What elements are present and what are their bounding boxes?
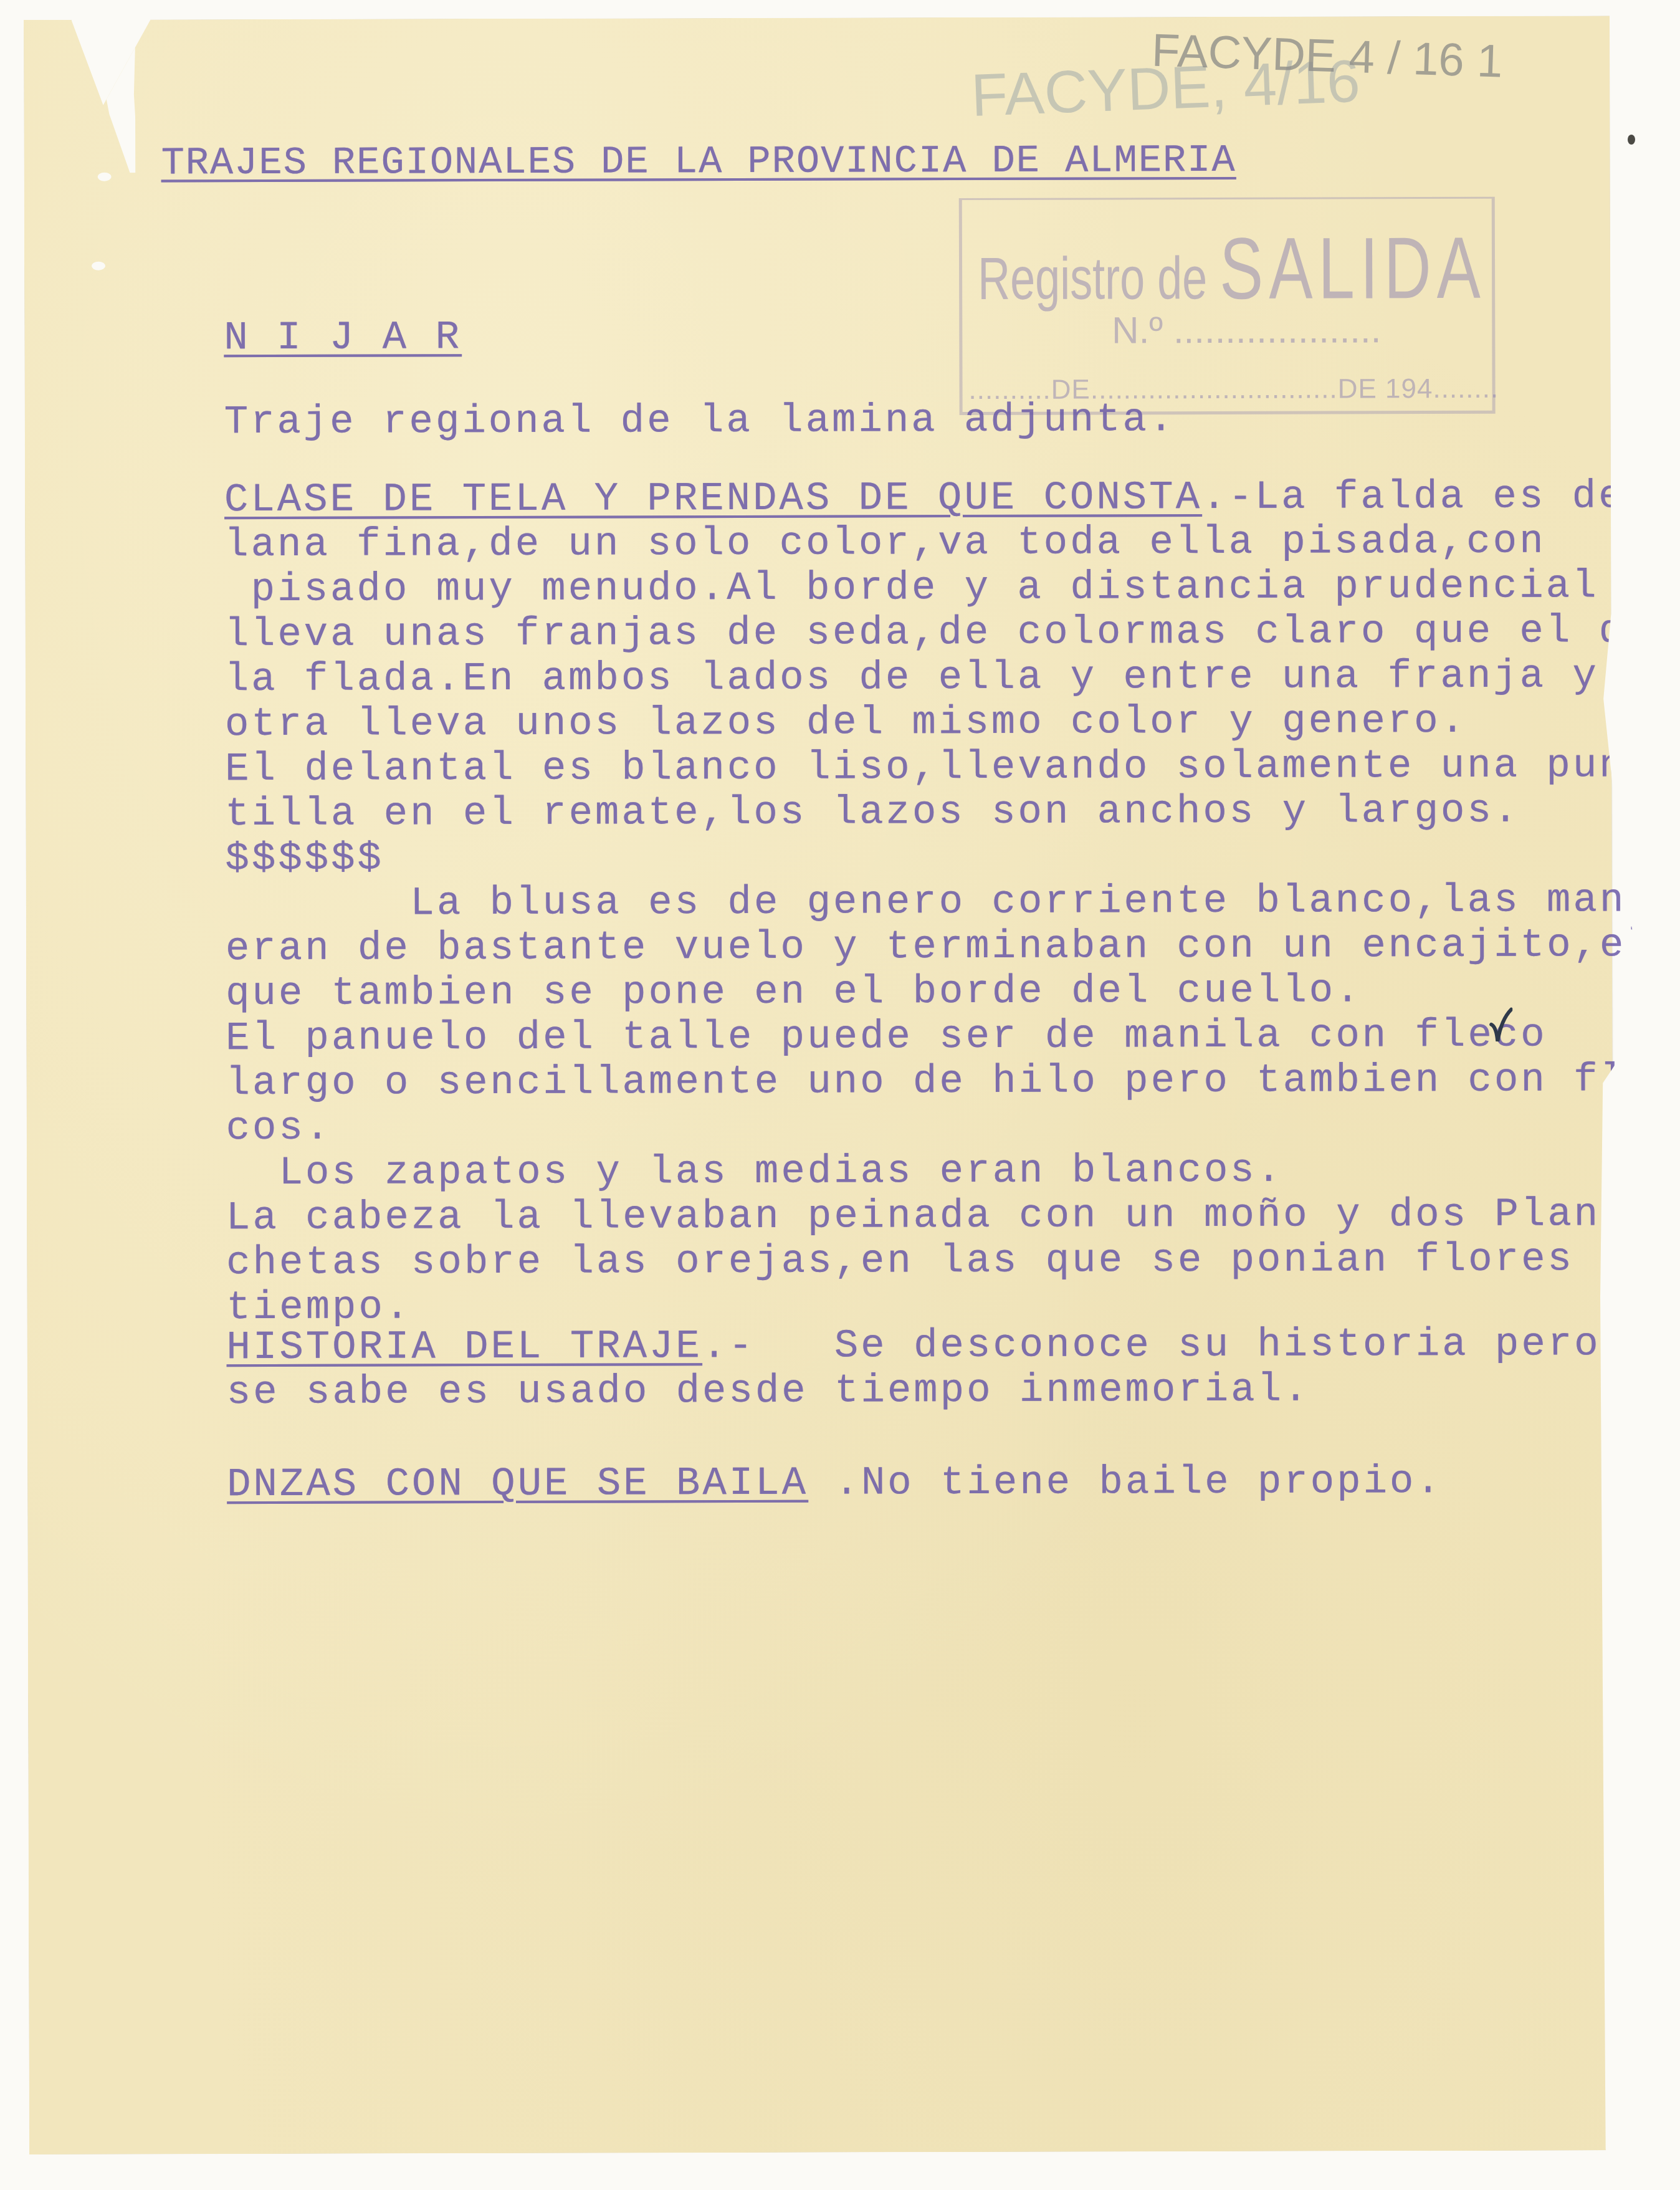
clase-line: Los zapatos y las medias eran blancos.	[226, 1150, 1680, 1193]
scan-speck	[1628, 135, 1635, 145]
stamp-label: Registro de	[978, 245, 1207, 312]
clase-line: La blusa es de genero corriente blanco,l…	[226, 881, 1679, 924]
clase-line: .-La falda es de	[1202, 474, 1625, 520]
clase-line: la flada.En ambos lados de ella y entre …	[225, 656, 1679, 700]
clase-line: pisado muy menudo.Al borde y a distancia…	[224, 567, 1678, 610]
clase-line: El delantal es blanco liso,llevando sola…	[225, 746, 1679, 790]
danzas-text: .No tiene baile propio.	[808, 1460, 1443, 1506]
intro-text: Traje regional de la lamina adjunta.	[224, 400, 1176, 442]
locality-heading: N I J A R	[224, 318, 462, 358]
historia-heading: HISTORIA DEL TRAJE	[226, 1324, 702, 1370]
document-title: TRAJES REGIONALES DE LA PROVINCIA DE ALM…	[161, 141, 1236, 183]
stamp-number: N.º ....................	[1112, 308, 1381, 351]
clase-line: largo o sencillamente uno de hilo pero t…	[226, 1060, 1679, 1104]
clase-line: lana fina,de un solo color,va toda ella …	[224, 522, 1678, 565]
clase-line: que tambien se pone en el borde del cuel…	[226, 970, 1679, 1014]
punch-hole	[92, 262, 105, 270]
clase-line: La cabeza la llevaban peinada con un moñ…	[226, 1195, 1680, 1238]
stamp-title: Registro de SALIDA	[978, 218, 1486, 320]
punch-hole	[98, 173, 112, 181]
clase-line: otra lleva unos lazos del mismo color y …	[225, 701, 1679, 745]
pencil-archive-reference: FACYDE 4 / 16 1	[1151, 23, 1504, 87]
registry-stamp: Registro de SALIDA N.º .................…	[959, 197, 1496, 415]
clase-line: tilla en el remate,los lazos son anchos …	[225, 791, 1679, 834]
clase-line: eran de bastante vuelo y terminaban con …	[226, 925, 1679, 969]
clase-line: El panuelo del talle puede ser de manila…	[226, 1015, 1679, 1059]
clase-first-line: CLASE DE TELA Y PRENDAS DE QUE CONSTA.-L…	[224, 477, 1678, 520]
clase-line: lleva unas franjas de seda,de colormas c…	[225, 611, 1679, 655]
historia-line: se sabe es usado desde tiempo inmemorial…	[227, 1369, 1601, 1413]
clase-line: tiempo.	[226, 1284, 1680, 1328]
clase-heading: CLASE DE TELA Y PRENDAS DE QUE CONSTA	[224, 476, 1202, 523]
danzas-line: DNZAS CON QUE SE BAILA .No tiene baile p…	[227, 1462, 1443, 1505]
document-page: FACYDE, 4/16 FACYDE 4 / 16 1 Registro de…	[24, 16, 1615, 2154]
historia-section: HISTORIA DEL TRAJE.- Se desconoce su his…	[226, 1324, 1600, 1413]
stamp-salida: SALIDA	[1219, 219, 1486, 317]
ink-check-mark-icon	[1487, 1007, 1512, 1045]
danzas-heading: DNZAS CON QUE SE BAILA	[227, 1461, 808, 1508]
clase-lines: lana fina,de un solo color,va toda ella …	[224, 522, 1680, 1328]
historia-first-line: HISTORIA DEL TRAJE.- Se desconoce su his…	[226, 1324, 1600, 1368]
clase-line: $$$$$$	[225, 836, 1679, 879]
historia-line: .- Se desconoce su historia pero	[702, 1322, 1601, 1369]
torn-corner	[98, 42, 136, 173]
clase-line: chetas sobre las orejas,en las que se po…	[226, 1240, 1680, 1283]
clase-section: CLASE DE TELA Y PRENDAS DE QUE CONSTA.-L…	[224, 477, 1680, 1328]
clase-line: cos.	[226, 1105, 1680, 1149]
